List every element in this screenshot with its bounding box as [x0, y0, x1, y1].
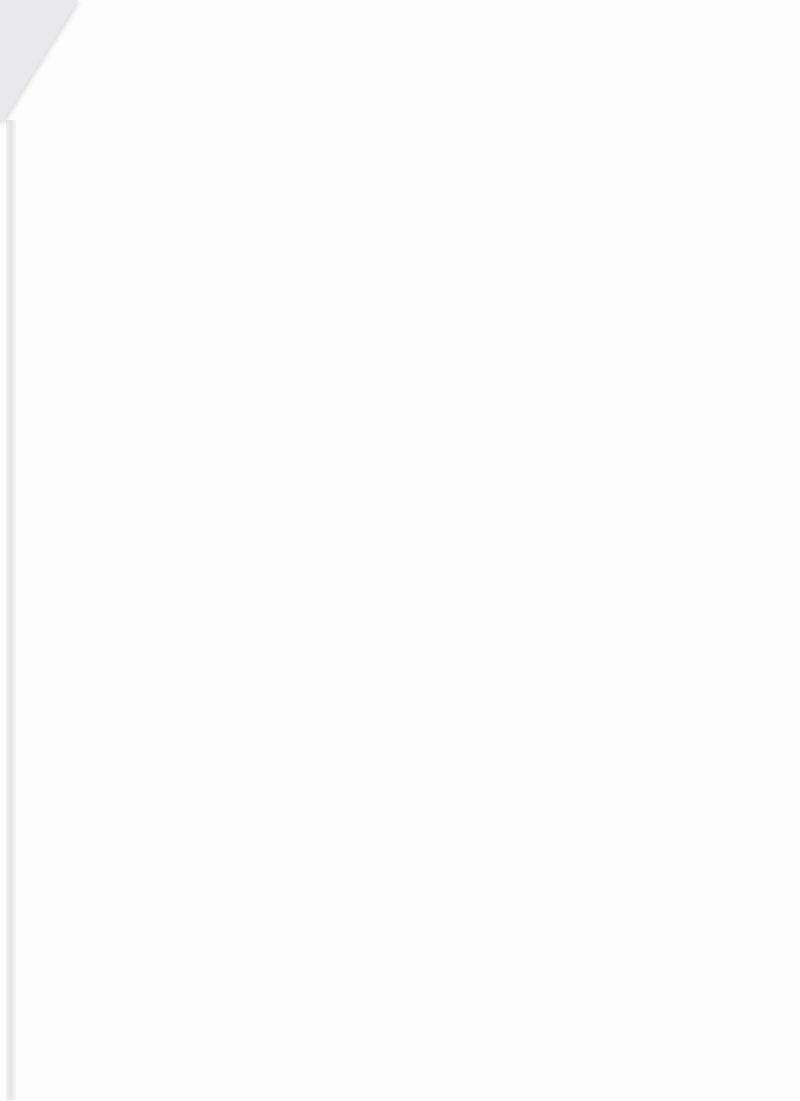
page-corner-fold: [0, 0, 78, 125]
page-edge-shadow: [6, 120, 16, 1100]
